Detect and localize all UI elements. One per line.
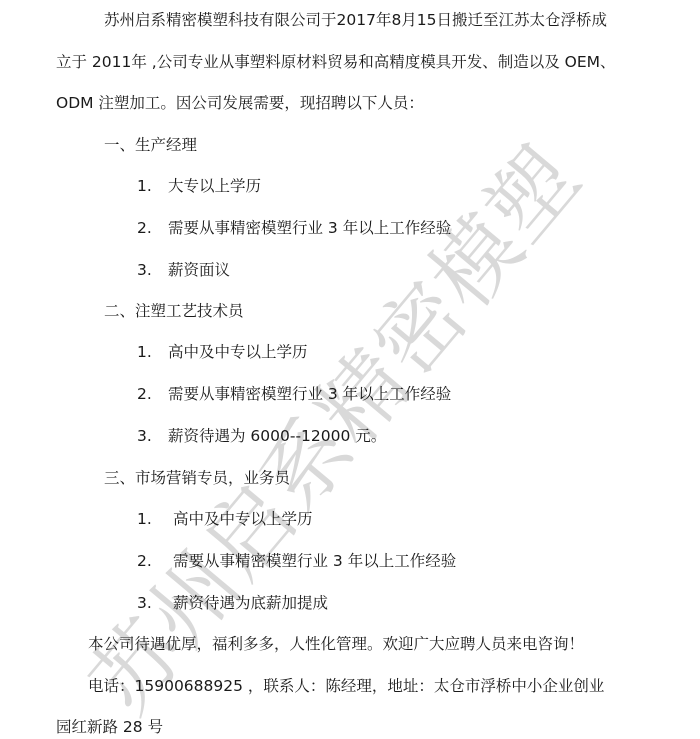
item-number: 2. (137, 551, 173, 571)
item-text: 高中及中专以上学历 (173, 510, 313, 528)
job-posting-document: 苏州启系精密模塑科技有限公司于2017年8月15日搬迁至江苏太仓浮桥成 立于 2… (0, 0, 700, 739)
item-text: 高中及中专以上学历 (168, 343, 308, 361)
intro-line-2: 立于 2011年 ,公司专业从事塑料原材料贸易和高精度模具开发、制造以及 OEM… (56, 52, 616, 72)
requirement-item: 3.薪资待遇为底薪加提成 (137, 593, 328, 613)
item-number: 3. (137, 260, 168, 280)
position-title: 一、生产经理 (104, 135, 197, 155)
position-title: 三、市场营销专员，业务员 (104, 468, 290, 488)
requirement-item: 3.薪资待遇为 6000--12000 元。 (137, 426, 386, 446)
requirement-item: 2.需要从事精密模塑行业 3 年以上工作经验 (137, 218, 451, 238)
position-title: 二、注塑工艺技术员 (104, 301, 244, 321)
item-text: 需要从事精密模塑行业 3 年以上工作经验 (173, 552, 456, 570)
item-number: 1. (137, 176, 168, 196)
requirement-item: 2.需要从事精密模塑行业 3 年以上工作经验 (137, 551, 456, 571)
item-text: 薪资面议 (168, 261, 230, 279)
item-number: 2. (137, 384, 168, 404)
item-text: 薪资待遇为底薪加提成 (173, 594, 328, 612)
item-text: 需要从事精密模塑行业 3 年以上工作经验 (168, 385, 451, 403)
contact-line-1: 电话：15900688925 ，联系人：陈经理，地址：太仓市浮桥中小企业创业 (88, 676, 604, 696)
closing-text: 本公司待遇优厚，福利多多，人性化管理。欢迎广大应聘人员来电咨询！ (88, 634, 584, 654)
contact-line-2: 园红新路 28 号 (56, 717, 163, 737)
item-text: 需要从事精密模塑行业 3 年以上工作经验 (168, 219, 451, 237)
item-number: 1. (137, 342, 168, 362)
requirement-item: 1.高中及中专以上学历 (137, 509, 313, 529)
item-text: 薪资待遇为 6000--12000 元。 (168, 427, 386, 445)
requirement-item: 1.大专以上学历 (137, 176, 261, 196)
item-number: 3. (137, 593, 173, 613)
item-text: 大专以上学历 (168, 177, 261, 195)
item-number: 3. (137, 426, 168, 446)
requirement-item: 3.薪资面议 (137, 260, 230, 280)
requirement-item: 2.需要从事精密模塑行业 3 年以上工作经验 (137, 384, 451, 404)
intro-line-3: ODM 注塑加工。因公司发展需要，现招聘以下人员： (56, 93, 424, 113)
item-number: 2. (137, 218, 168, 238)
intro-line-1: 苏州启系精密模塑科技有限公司于2017年8月15日搬迁至江苏太仓浮桥成 (104, 10, 607, 30)
requirement-item: 1.高中及中专以上学历 (137, 342, 308, 362)
item-number: 1. (137, 509, 173, 529)
